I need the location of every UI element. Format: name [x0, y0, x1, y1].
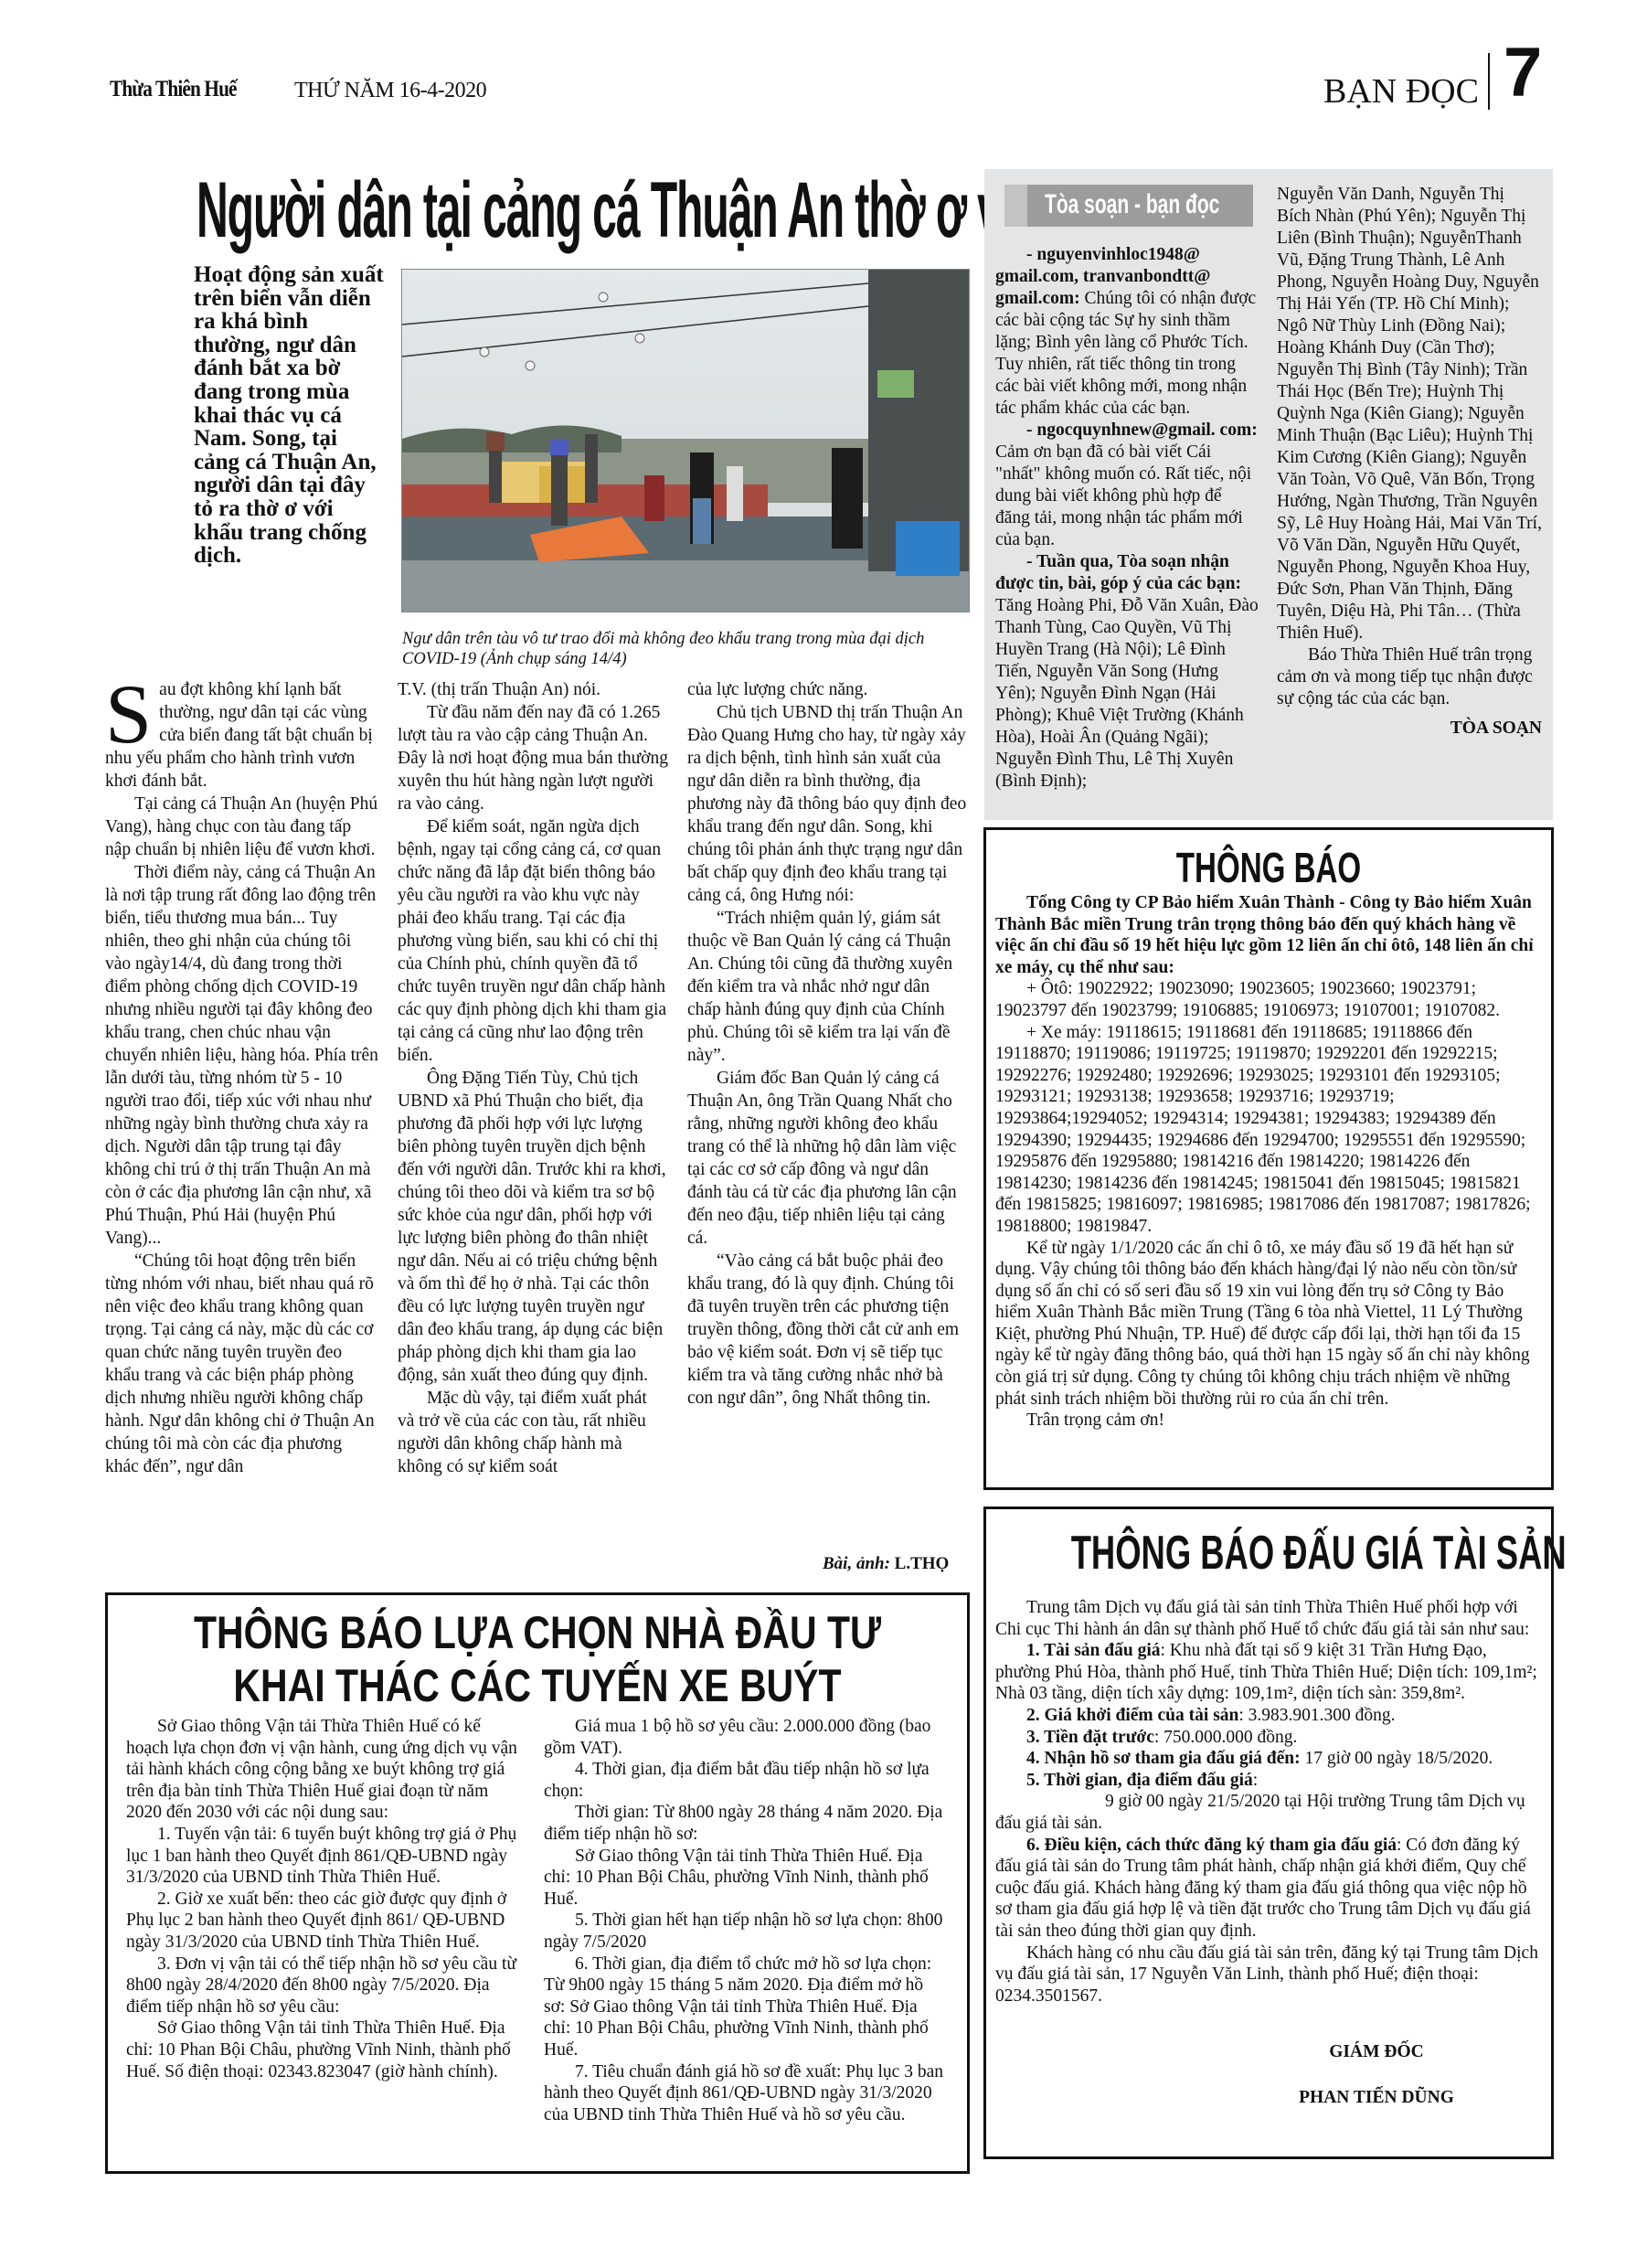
article-column-1: Sau đợt không khí lạnh bất thường, ngư d…: [105, 678, 379, 1478]
paragraph: Mặc dù vậy, tại điểm xuất phát và trở về…: [398, 1387, 668, 1478]
bus-notice-left-column: Sở Giao thông Vận tải Thừa Thiên Huế có …: [126, 1716, 519, 2082]
article-photo: [401, 269, 970, 612]
notice-title: THÔNG BÁO: [1066, 843, 1472, 892]
reader-box-right-column: Nguyễn Văn Danh, Nguyễn Thị Bích Nhàn (P…: [1277, 184, 1542, 740]
bus-paragraph: 6. Thời gian, địa điểm tổ chức mở hồ sơ …: [544, 1954, 946, 2061]
section-title: BẠN ĐỌC: [1323, 71, 1479, 112]
article-lead: Hoạt động sản xuất trên biển vẫn diễn ra…: [194, 263, 386, 568]
auction-body: Trung tâm Dịch vụ đấu giá tài sản tỉnh T…: [986, 1581, 1551, 2108]
bus-title-line-2: KHAI THÁC CÁC TUYẾN XE BUÝT: [186, 1659, 890, 1712]
paragraph: của lực lượng chức năng.: [687, 678, 967, 701]
paragraph: Chủ tịch UBND thị trấn Thuận An Đào Quan…: [687, 701, 967, 907]
byline-label: Bài, ảnh:: [823, 1554, 890, 1573]
bus-paragraph: Thời gian: Từ 8h00 ngày 28 tháng 4 năm 2…: [544, 1802, 946, 1845]
paragraph: Tại cảng cá Thuận An (huyện Phú Vang), h…: [105, 793, 379, 861]
auction-item: 4. Nhận hồ sơ tham gia đấu giá đến: 17 g…: [995, 1748, 1538, 1770]
reader-box-left-column: - nguyenvinhloc1948@ gmail.com, tranvanb…: [995, 244, 1260, 793]
newspaper-name: Thừa Thiên Huế: [110, 77, 237, 102]
bus-paragraph: 3. Đơn vị vận tải có thể tiếp nhận hồ sơ…: [126, 1954, 519, 2018]
thanks-note: Báo Thừa Thiên Huế trân trọng cảm ơn và …: [1277, 644, 1542, 710]
bus-paragraph: Sở Giao thông Vận tải tỉnh Thừa Thiên Hu…: [126, 2018, 519, 2082]
reader-item: - Tuần qua, Tòa soạn nhận được tin, bài,…: [995, 551, 1260, 793]
bus-title-line-1: THÔNG BÁO LỰA CHỌN NHÀ ĐẦU TƯ: [186, 1606, 890, 1659]
bus-investor-notice-box: THÔNG BÁO LỰA CHỌN NHÀ ĐẦU TƯ KHAI THÁC …: [105, 1592, 970, 2174]
bus-paragraph: 7. Tiêu chuẩn đánh giá hồ sơ đề xuất: Ph…: [544, 2061, 946, 2126]
auction-contact: Khách hàng có nhu cầu đấu giá tài sản tr…: [995, 1943, 1538, 2007]
paragraph: “Vào cảng cá bắt buộc phải đeo khẩu tran…: [687, 1250, 967, 1410]
reader-box-tag: Tòa soạn - bạn đọc: [1004, 185, 1253, 227]
bus-paragraph: Giá mua 1 bộ hồ sơ yêu cầu: 2.000.000 đồ…: [544, 1716, 946, 1759]
reader-item: - ngocquynhnew@gmail. com: Cảm ơn bạn đã…: [995, 420, 1260, 551]
auction-time-place: 9 giờ 00 ngày 21/5/2020 tại Hội trường T…: [995, 1791, 1538, 1834]
notice-closing: Trân trọng cảm ơn!: [995, 1410, 1542, 1432]
auction-item: 6. Điều kiện, cách thức đăng ký tham gia…: [995, 1835, 1538, 1943]
paragraph: “Trách nhiệm quản lý, giám sát thuộc về …: [687, 907, 967, 1067]
article-byline: Bài, ảnh: L.THỌ: [823, 1554, 949, 1574]
paragraph: “Chúng tôi hoạt động trên biển từng nhóm…: [105, 1250, 379, 1478]
notice-body: Tổng Công ty CP Bảo hiểm Xuân Thành - Cô…: [986, 892, 1551, 1432]
auction-notice-box: THÔNG BÁO ĐẤU GIÁ TÀI SẢN Trung tâm Dịch…: [983, 1507, 1554, 2159]
notice-intro: Tổng Công ty CP Bảo hiểm Xuân Thành - Cô…: [995, 892, 1542, 978]
reader-feedback-box: Tòa soạn - bạn đọc - nguyenvinhloc1948@ …: [984, 169, 1553, 820]
drop-cap: S: [105, 682, 152, 746]
insurance-notice-box: THÔNG BÁO Tổng Công ty CP Bảo hiểm Xuân …: [983, 827, 1554, 1490]
paragraph: T.V. (thị trấn Thuận An) nói.: [398, 678, 668, 701]
fishermen-photo-illustration: [402, 270, 969, 612]
auction-item: 3. Tiền đặt trước: 750.000.000 đồng.: [995, 1727, 1538, 1749]
paragraph: Để kiểm soát, ngăn ngừa dịch bệnh, ngay …: [398, 815, 668, 1067]
paragraph: Ông Đặng Tiến Tùy, Chủ tịch UBND xã Phú …: [398, 1067, 668, 1387]
auction-sign-title: GIÁM ĐỐC: [995, 2041, 1538, 2063]
article-column-3: của lực lượng chức năng. Chủ tịch UBND t…: [687, 678, 967, 1410]
issue-date: THỨ NĂM 16-4-2020: [294, 79, 486, 103]
bus-notice-right-column: Giá mua 1 bộ hồ sơ yêu cầu: 2.000.000 đồ…: [544, 1716, 946, 2125]
notice-motorbike-list: + Xe máy: 19118615; 19118681 đến 1911868…: [995, 1022, 1542, 1238]
article-headline: Người dân tại cảng cá Thuận An thờ ơ với…: [197, 165, 629, 256]
paragraph: Thời điểm này, cảng cá Thuận An là nơi t…: [105, 861, 379, 1250]
bus-paragraph: 4. Thời gian, địa điểm bắt đầu tiếp nhận…: [544, 1759, 946, 1802]
auction-item: 2. Giá khởi điểm của tài sản: 3.983.901.…: [995, 1705, 1538, 1727]
page-number: 7: [1504, 38, 1542, 108]
auction-item: 1. Tài sản đấu giá: Khu nhà đất tại số 9…: [995, 1640, 1538, 1705]
contributor-list: Nguyễn Văn Danh, Nguyễn Thị Bích Nhàn (P…: [1277, 184, 1542, 644]
bus-paragraph: 1. Tuyến vận tải: 6 tuyến buýt không trợ…: [126, 1824, 519, 1889]
notice-car-list: + Ôtô: 19022922; 19023090; 19023605; 190…: [995, 978, 1542, 1021]
bus-paragraph: Sở Giao thông Vận tải Thừa Thiên Huế có …: [126, 1716, 519, 1824]
reader-box-tag-label: Tòa soạn - bạn đọc: [1045, 189, 1219, 220]
paragraph: Giám đốc Ban Quản lý cảng cá Thuận An, ô…: [687, 1067, 967, 1250]
bus-paragraph: Sở Giao thông Vận tải tỉnh Thừa Thiên Hu…: [544, 1846, 946, 1911]
byline-author: L.THỌ: [895, 1554, 950, 1573]
bus-paragraph: 2. Giờ xe xuất bến: theo các giờ được qu…: [126, 1889, 519, 1954]
notice-paragraph: Kể từ ngày 1/1/2020 các ấn chỉ ô tô, xe …: [995, 1238, 1542, 1411]
header-divider: [1488, 53, 1490, 110]
paragraph: Từ đầu năm đến nay đã có 1.265 lượt tàu …: [398, 701, 668, 815]
auction-intro: Trung tâm Dịch vụ đấu giá tài sản tỉnh T…: [995, 1597, 1538, 1640]
auction-sign-name: PHAN TIẾN DŨNG: [995, 2087, 1538, 2109]
reader-item: - nguyenvinhloc1948@ gmail.com, tranvanb…: [995, 244, 1260, 420]
photo-caption: Ngư dân trên tàu vô tư trao đổi mà không…: [402, 629, 969, 669]
auction-title: THÔNG BÁO ĐẤU GIÁ TÀI SẢN: [1071, 1526, 1467, 1581]
bus-paragraph: 5. Thời gian hết hạn tiếp nhận hồ sơ lựa…: [544, 1910, 946, 1953]
reader-box-signature: TÒA SOẠN: [1277, 718, 1542, 740]
auction-item: 5. Thời gian, địa điểm đấu giá:: [995, 1770, 1538, 1792]
article-column-2: T.V. (thị trấn Thuận An) nói. Từ đầu năm…: [398, 678, 668, 1478]
bus-notice-title: THÔNG BÁO LỰA CHỌN NHÀ ĐẦU TƯ KHAI THÁC …: [186, 1606, 890, 1712]
tag-stripe: [1004, 185, 1027, 227]
